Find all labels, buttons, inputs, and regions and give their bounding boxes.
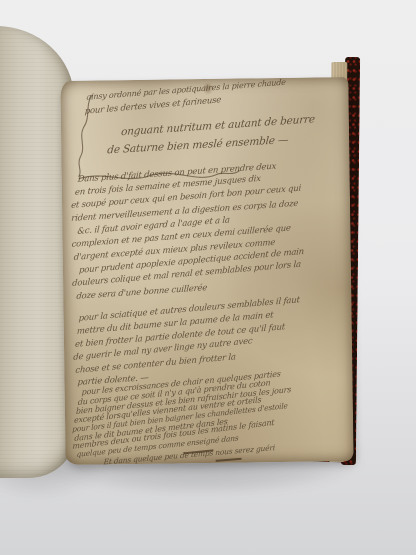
photo-scene: ainsy ordonné par les apotiquaires la pi… bbox=[0, 0, 416, 555]
manuscript-page: ainsy ordonné par les apotiquaires la pi… bbox=[60, 77, 353, 465]
strikethrough-mark bbox=[216, 458, 242, 462]
